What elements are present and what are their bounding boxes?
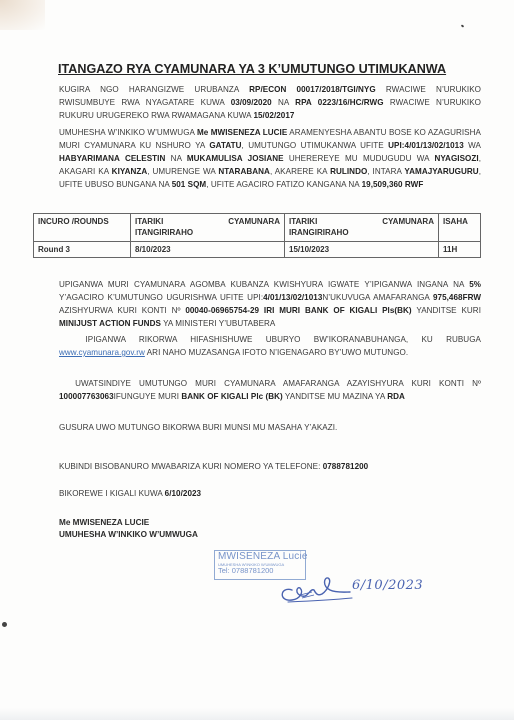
signatory-block: Me MWISENEZA LUCIE UMUHESHA W’INKIKO W’U… <box>59 517 198 541</box>
paragraph-payment-account: UWATSINDIYE UMUTUNGO MURI CYAMUNARA AMAF… <box>59 377 481 403</box>
handwritten-date: 6/10/2023 <box>352 578 423 593</box>
table-header-rounds: INCURO /ROUNDS <box>34 214 131 242</box>
table-cell-time: 11H <box>439 242 481 258</box>
paragraph-contact: KUBINDI BISOBANURO MWABARIZA KURI NOMERO… <box>59 460 481 473</box>
table-header-row: INCURO /ROUNDS ITARIKICYAMUNARA ITANGIRI… <box>34 214 481 242</box>
cyamunara-website-link[interactable]: www.cyamunara.gov.rw <box>59 348 145 357</box>
scan-bottom-shadow <box>0 708 514 720</box>
scan-corner-shadow <box>0 0 45 30</box>
signatory-role: UMUHESHA W’INKIKO W’UMWUGA <box>59 529 198 541</box>
table-cell-start-date: 8/10/2023 <box>131 242 285 258</box>
contact-phone: 0788781200 <box>323 462 369 471</box>
issue-date: 6/10/2023 <box>165 489 201 498</box>
table-row: Round 3 8/10/2023 15/10/2023 11H <box>34 242 481 258</box>
scan-speck <box>461 24 465 27</box>
table-header-start-date: ITARIKICYAMUNARA ITANGIRIRAHO <box>131 214 285 242</box>
table-cell-round: Round 3 <box>34 242 131 258</box>
table-header-time: ISAHA <box>439 214 481 242</box>
signatory-name: Me MWISENEZA LUCIE <box>59 517 198 529</box>
paragraph-property-description: UMUHESHA W’INKIKO W’UMWUGA Me MWISENEZA … <box>59 126 481 191</box>
table-cell-end-date: 15/10/2023 <box>285 242 439 258</box>
auction-rounds-table: INCURO /ROUNDS ITARIKICYAMUNARA ITANGIRI… <box>33 213 481 258</box>
paragraph-place-date: BIKOREWE I KIGALI KUWA 6/10/2023 <box>59 487 481 500</box>
paragraph-deposit: UPIGANWA MURI CYAMUNARA AGOMBA KUBANZA K… <box>59 278 481 330</box>
document-title: ITANGAZO RYA CYAMUNARA YA 3 K’UMUTUNGO U… <box>58 62 458 76</box>
table-header-end-date: ITARIKICYAMUNARA IRANGIRIRAHO <box>285 214 439 242</box>
scan-speck <box>2 622 7 627</box>
paragraph-court-case: KUGIRA NGO HARANGIZWE URUBANZA RP/ECON 0… <box>59 83 481 122</box>
paragraph-visiting-hours: GUSURA UWO MUTUNGO BIKORWA BURI MUNSI MU… <box>59 421 481 434</box>
paragraph-online-auction: IPIGANWA RIKORWA HIFASHISHUWE UBURYO BW’… <box>59 333 481 359</box>
scanned-document-page: ITANGAZO RYA CYAMUNARA YA 3 K’UMUTUNGO U… <box>0 0 514 720</box>
